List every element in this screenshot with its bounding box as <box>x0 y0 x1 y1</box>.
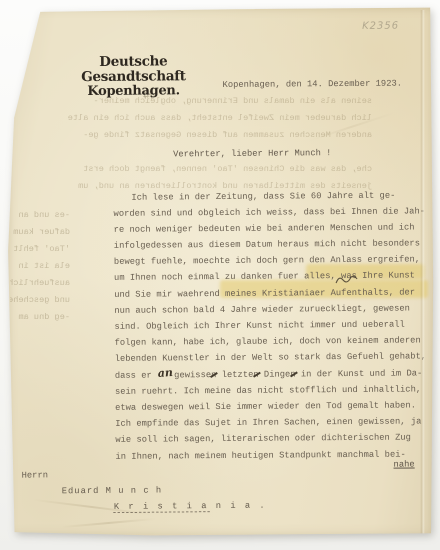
body-line: wie soll ich sagen, literarischen oder d… <box>115 430 435 449</box>
letter-photo-scene: seinen als ein damals und Erinnerung, ob… <box>0 0 440 550</box>
corrected-pre: dass er <box>115 371 157 381</box>
dateline: Kopenhagen, den 14. Dezember 1923. <box>222 79 402 90</box>
letter-paper: seinen als ein damals und Erinnerung, ob… <box>6 6 434 538</box>
corrected-word: gewisse <box>174 370 211 380</box>
recipient-underline: ----------------------- <box>112 507 210 518</box>
struck-letter: n <box>290 366 295 382</box>
body-line: in Ihnen, nach meinem heutigen Standpunk… <box>115 446 435 465</box>
recipient-name: Eduard M u n c h <box>62 485 163 496</box>
letterhead-line2: Kopenhagen. <box>49 84 219 99</box>
typed-content-layer: K2356 44 Deutsche Gesandtschaft Kopenhag… <box>4 4 436 539</box>
paper-crease <box>420 10 425 534</box>
letter-body: Ich lese in der Zeitung, dass Sie 60 Jah… <box>113 187 435 464</box>
ink-scribble <box>334 274 360 286</box>
paper-shadow: seinen als ein damals und Erinnerung, ob… <box>6 6 434 538</box>
struck-letter: n <box>211 367 216 383</box>
body-line: um Ihnen noch einmal zu danken fuer alle… <box>114 268 434 287</box>
handwritten-ink-correction: an <box>157 365 173 382</box>
corrected-word: Dinge <box>259 369 291 379</box>
archive-number-pencil: K2356 <box>362 21 399 32</box>
salutation: Verehrter, lieber Herr Munch ! <box>173 148 331 159</box>
recipient-prefix: Herrn <box>22 470 48 480</box>
corrected-post: in der Kunst und im Da- <box>296 368 423 379</box>
letterhead-line1: Deutsche Gesandtschaft <box>48 54 218 85</box>
catchword: nahe <box>393 459 414 469</box>
letterhead: Deutsche Gesandtschaft Kopenhagen. <box>48 54 218 99</box>
struck-letter: n <box>253 367 258 383</box>
corrected-word: letzte <box>216 370 253 380</box>
